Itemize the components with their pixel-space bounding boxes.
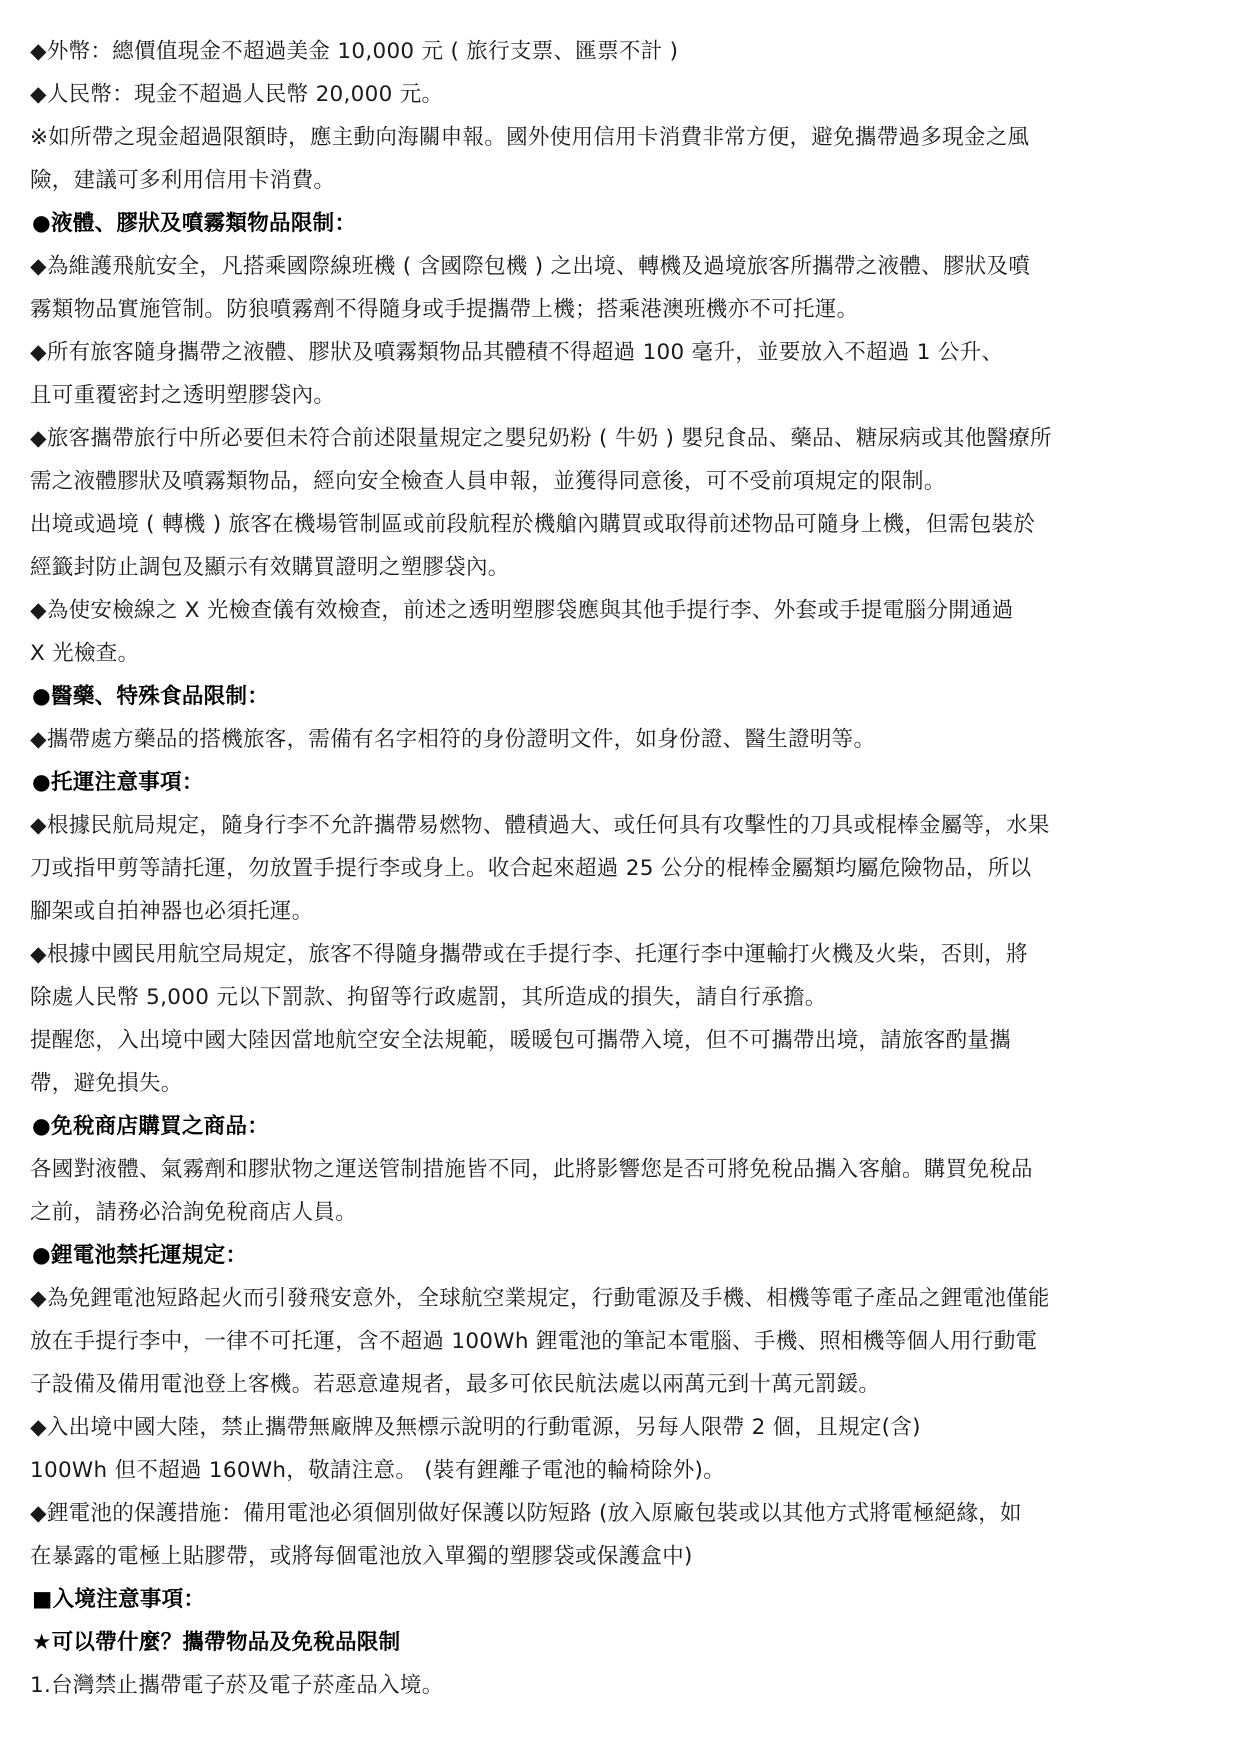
subheading-allowed-items: ★可以帶什麼？攜帶物品及免稅品限制 [32,1626,400,1660]
bullet-xray-separate: ◆為使安檢線之 X 光檢查儀有效檢查，前述之透明塑膠袋應與其他手提行李、外套或手… [30,594,1014,628]
bullet-xray-separate-cont: X 光檢查。 [30,637,139,671]
section-heading-lithium-battery: ●鋰電池禁托運規定： [32,1239,247,1273]
para-hand-warmer-reminder-cont: 帶，避免損失。 [30,1067,183,1101]
bullet-china-lighters: ◆根據中國民用航空局規定，旅客不得隨身攜帶或在手提行李、托運行李中運輸打火機及火… [30,938,1028,972]
section-heading-entry-notes: ■入境注意事項： [32,1583,205,1617]
bullet-liquids-control: ◆為維護飛航安全，凡搭乘國際線班機 ( 含國際包機 ) 之出境、轉機及過境旅客所… [30,250,1030,284]
section-heading-liquids: ●液體、膠狀及噴霧類物品限制： [32,207,356,241]
bullet-rmb-limit: ◆人民幣：現金不超過人民幣 20,000 元。 [30,78,443,112]
para-duty-free-rules: 各國對液體、氣霧劑和膠狀物之運送管制措施皆不同，此將影響您是否可將免稅品攜入客艙… [30,1153,1033,1187]
list-item-e-cigarette-ban: 1.台灣禁止攜帶電子菸及電子菸產品入境。 [30,1669,444,1703]
bullet-battery-protection-cont: 在暴露的電極上貼膠帶，或將每個電池放入單獨的塑膠袋或保護盒中) [30,1540,693,1574]
bullet-china-power-bank-cont: 100Wh 但不超過 160Wh，敬請注意。 (裝有鋰離子電池的輪椅除外)。 [30,1454,725,1488]
bullet-caa-prohibited-items-cont2: 腳架或自拍神器也必須托運。 [30,895,313,929]
para-transit-purchase-cont: 經籤封防止調包及顯示有效購買證明之塑膠袋內。 [30,551,510,585]
bullet-prescription-id: ◆攜帶處方藥品的搭機旅客，需備有名字相符的身份證明文件，如身份證、醫生證明等。 [30,723,875,757]
bullet-lithium-carry-on: ◆為免鋰電池短路起火而引發飛安意外，全球航空業規定，行動電源及手機、相機等電子產… [30,1282,1050,1316]
section-heading-duty-free: ●免稅商店購買之商品： [32,1110,269,1144]
section-heading-medicine: ●醫藥、特殊食品限制： [32,680,269,714]
para-hand-warmer-reminder: 提醒您，入出境中國大陸因當地航空安全法規範，暖暖包可攜帶入境，但不可攜帶出境，請… [30,1024,1011,1058]
bullet-liquids-control-cont: 霧類物品實施管制。防狼噴霧劑不得隨身或手提攜帶上機；搭乘港澳班機亦不可托運。 [30,293,858,327]
bullet-liquids-volume: ◆所有旅客隨身攜帶之液體、膠狀及噴霧類物品其體積不得超過 100 毫升，並要放入… [30,336,1003,370]
bullet-caa-prohibited-items-cont: 刀或指甲剪等請托運，勿放置手提行李或身上。收合起來超過 25 公分的棍棒金屬類均… [30,852,1031,886]
bullet-caa-prohibited-items: ◆根據民航局規定，隨身行李不允許攜帶易燃物、體積過大、或任何具有攻擊性的刀具或棍… [30,809,1050,843]
bullet-battery-protection: ◆鋰電池的保護措施：備用電池必須個別做好保護以防短路 (放入原廠包裝或以其他方式… [30,1497,1022,1531]
note-cash-declaration-cont: 險，建議可多利用信用卡消費。 [30,164,335,198]
bullet-foreign-currency-limit: ◆外幣：總價值現金不超過美金 10,000 元 ( 旅行支票、匯票不計 ) [30,35,678,69]
bullet-liquids-volume-cont: 且可重覆密封之透明塑膠袋內。 [30,379,335,413]
para-duty-free-rules-cont: 之前，請務必洽詢免稅商店人員。 [30,1196,357,1230]
bullet-china-lighters-cont: 除處人民幣 5,000 元以下罰款、拘留等行政處罰，其所造成的損失，請自行承擔。 [30,981,827,1015]
bullet-china-power-bank: ◆入出境中國大陸，禁止攜帶無廠牌及無標示說明的行動電源，另每人限帶 2 個，且規… [30,1411,921,1445]
section-heading-checked-baggage: ●托運注意事項： [32,766,204,800]
bullet-lithium-carry-on-cont2: 子設備及備用電池登上客機。若惡意違規者，最多可依民航法處以兩萬元到十萬元罰鍰。 [30,1368,880,1402]
bullet-infant-medical-exemption-cont: 需之液體膠狀及噴霧類物品，經向安全檢查人員申報，並獲得同意後，可不受前項規定的限… [30,465,946,499]
bullet-infant-medical-exemption: ◆旅客攜帶旅行中所必要但未符合前述限量規定之嬰兒奶粉 ( 牛奶 ) 嬰兒食品、藥… [30,422,1052,456]
note-cash-declaration: ※如所帶之現金超過限額時，應主動向海關申報。國外使用信用卡消費非常方便，避免攜帶… [30,121,1029,155]
para-transit-purchase: 出境或過境 ( 轉機 ) 旅客在機場管制區或前段航程於機艙內購買或取得前述物品可… [30,508,1035,542]
bullet-lithium-carry-on-cont: 放在手提行李中，一律不可托運，含不超過 100Wh 鋰電池的筆記本電腦、手機、照… [30,1325,1037,1359]
